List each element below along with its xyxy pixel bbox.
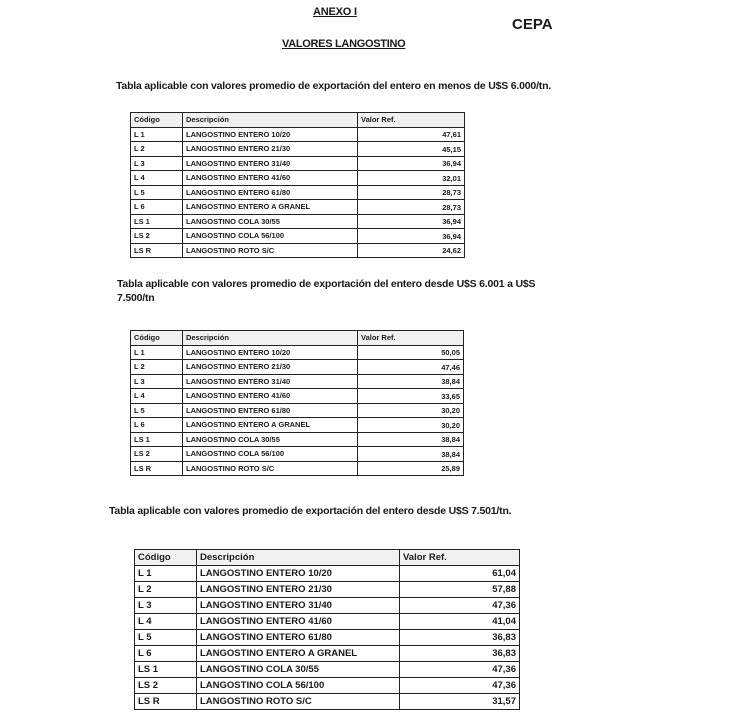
table-row: L 6LANGOSTINO ENTERO A GRANEL30,20 bbox=[131, 418, 464, 433]
cell-description: LANGOSTINO ENTERO 21/30 bbox=[183, 142, 358, 157]
table-header-row: CódigoDescripciónValor Ref. bbox=[131, 331, 464, 346]
document-subtitle: VALORES LANGOSTINO bbox=[282, 38, 405, 50]
table-row: LS 2LANGOSTINO COLA 56/10038,84 bbox=[131, 447, 464, 462]
cell-code: L 5 bbox=[131, 403, 183, 418]
table-row: LS 1LANGOSTINO COLA 30/5547,36 bbox=[135, 662, 520, 678]
values-table-1: CódigoDescripciónValor Ref.L 1LANGOSTINO… bbox=[130, 112, 465, 258]
cell-value: 47,36 bbox=[400, 662, 520, 678]
cell-description: LANGOSTINO ENTERO 21/30 bbox=[183, 360, 358, 375]
cell-description: LANGOSTINO ENTERO 61/80 bbox=[197, 630, 400, 646]
cell-value: 33,65 bbox=[358, 389, 464, 404]
cell-value: 47,46 bbox=[358, 360, 464, 375]
cell-description: LANGOSTINO ENTERO A GRANEL bbox=[197, 646, 400, 662]
cell-description: LANGOSTINO ENTERO 41/60 bbox=[183, 389, 358, 404]
table-caption-1: Tabla aplicable con valores promedio de … bbox=[116, 79, 551, 93]
annex-title: ANEXO I bbox=[313, 6, 357, 18]
header-code: Código bbox=[131, 113, 183, 128]
cell-code: L 6 bbox=[131, 200, 183, 215]
cell-code: LS 2 bbox=[135, 678, 197, 694]
cell-code: L 2 bbox=[131, 360, 183, 375]
table-row: L 5LANGOSTINO ENTERO 61/8030,20 bbox=[131, 403, 464, 418]
table-row: L 3LANGOSTINO ENTERO 31/4036,94 bbox=[131, 156, 465, 171]
cell-value: 57,88 bbox=[400, 582, 520, 598]
cell-value: 30,20 bbox=[358, 418, 464, 433]
cell-value: 28,73 bbox=[358, 200, 465, 215]
cell-value: 36,94 bbox=[358, 214, 465, 229]
cell-code: LS 1 bbox=[131, 432, 183, 447]
cell-value: 38,84 bbox=[358, 374, 464, 389]
header-value: Valor Ref. bbox=[400, 550, 520, 566]
cell-value: 47,36 bbox=[400, 598, 520, 614]
cell-value: 30,20 bbox=[358, 403, 464, 418]
header-value: Valor Ref. bbox=[358, 113, 465, 128]
organization-label: CEPA bbox=[512, 16, 553, 33]
cell-description: LANGOSTINO ENTERO A GRANEL bbox=[183, 418, 358, 433]
cell-code: L 5 bbox=[131, 185, 183, 200]
values-table-2: CódigoDescripciónValor Ref.L 1LANGOSTINO… bbox=[130, 330, 464, 476]
header-description: Descripción bbox=[183, 113, 358, 128]
cell-description: LANGOSTINO ENTERO 41/60 bbox=[183, 171, 358, 186]
cell-value: 47,61 bbox=[358, 127, 465, 142]
cell-code: L 6 bbox=[131, 418, 183, 433]
table-row: L 2LANGOSTINO ENTERO 21/3047,46 bbox=[131, 360, 464, 375]
values-table-3: CódigoDescripciónValor Ref.L 1LANGOSTINO… bbox=[134, 549, 520, 710]
header-description: Descripción bbox=[183, 331, 358, 346]
cell-description: LANGOSTINO COLA 56/100 bbox=[183, 447, 358, 462]
cell-description: LANGOSTINO ENTERO A GRANEL bbox=[183, 200, 358, 215]
table-header-row: CódigoDescripciónValor Ref. bbox=[131, 113, 465, 128]
cell-value: 38,84 bbox=[358, 447, 464, 462]
table-row: L 1LANGOSTINO ENTERO 10/2061,04 bbox=[135, 566, 520, 582]
table-row: L 3LANGOSTINO ENTERO 31/4047,36 bbox=[135, 598, 520, 614]
cell-description: LANGOSTINO ROTO S/C bbox=[197, 694, 400, 710]
cell-value: 25,89 bbox=[358, 461, 464, 476]
cell-description: LANGOSTINO ENTERO 61/80 bbox=[183, 185, 358, 200]
table-row: L 2LANGOSTINO ENTERO 21/3045,15 bbox=[131, 142, 465, 157]
cell-description: LANGOSTINO COLA 56/100 bbox=[197, 678, 400, 694]
table-row: LS RLANGOSTINO ROTO S/C24,62 bbox=[131, 243, 465, 258]
cell-code: L 3 bbox=[131, 156, 183, 171]
table-row: L 1LANGOSTINO ENTERO 10/2050,05 bbox=[131, 345, 464, 360]
cell-description: LANGOSTINO ENTERO 41/60 bbox=[197, 614, 400, 630]
cell-code: LS 2 bbox=[131, 447, 183, 462]
table-row: L 6LANGOSTINO ENTERO A GRANEL36,83 bbox=[135, 646, 520, 662]
table-caption-2: Tabla aplicable con valores promedio de … bbox=[117, 277, 557, 305]
table-row: L 5LANGOSTINO ENTERO 61/8028,73 bbox=[131, 185, 465, 200]
cell-description: LANGOSTINO ROTO S/C bbox=[183, 461, 358, 476]
cell-description: LANGOSTINO COLA 30/55 bbox=[197, 662, 400, 678]
cell-code: LS R bbox=[131, 243, 183, 258]
table-caption-3: Tabla aplicable con valores promedio de … bbox=[109, 504, 511, 518]
table-row: L 2LANGOSTINO ENTERO 21/3057,88 bbox=[135, 582, 520, 598]
table-row: LS 1LANGOSTINO COLA 30/5536,94 bbox=[131, 214, 465, 229]
cell-value: 36,94 bbox=[358, 156, 465, 171]
cell-code: L 1 bbox=[135, 566, 197, 582]
table-header-row: CódigoDescripciónValor Ref. bbox=[135, 550, 520, 566]
cell-value: 36,83 bbox=[400, 630, 520, 646]
header-description: Descripción bbox=[197, 550, 400, 566]
table-row: L 5LANGOSTINO ENTERO 61/8036,83 bbox=[135, 630, 520, 646]
table-row: LS 2LANGOSTINO COLA 56/10036,94 bbox=[131, 229, 465, 244]
cell-code: LS R bbox=[135, 694, 197, 710]
header-code: Código bbox=[135, 550, 197, 566]
cell-value: 41,04 bbox=[400, 614, 520, 630]
cell-code: LS R bbox=[131, 461, 183, 476]
cell-description: LANGOSTINO COLA 30/55 bbox=[183, 432, 358, 447]
cell-value: 31,57 bbox=[400, 694, 520, 710]
table-row: LS RLANGOSTINO ROTO S/C25,89 bbox=[131, 461, 464, 476]
cell-value: 32,01 bbox=[358, 171, 465, 186]
cell-description: LANGOSTINO ENTERO 31/40 bbox=[197, 598, 400, 614]
cell-value: 28,73 bbox=[358, 185, 465, 200]
cell-code: L 3 bbox=[131, 374, 183, 389]
cell-value: 24,62 bbox=[358, 243, 465, 258]
cell-value: 61,04 bbox=[400, 566, 520, 582]
cell-description: LANGOSTINO COLA 56/100 bbox=[183, 229, 358, 244]
cell-code: LS 1 bbox=[131, 214, 183, 229]
table-row: LS RLANGOSTINO ROTO S/C31,57 bbox=[135, 694, 520, 710]
cell-code: L 4 bbox=[131, 389, 183, 404]
cell-code: L 6 bbox=[135, 646, 197, 662]
cell-code: L 4 bbox=[131, 171, 183, 186]
cell-code: L 1 bbox=[131, 345, 183, 360]
table-row: LS 2LANGOSTINO COLA 56/10047,36 bbox=[135, 678, 520, 694]
table-row: L 1LANGOSTINO ENTERO 10/2047,61 bbox=[131, 127, 465, 142]
cell-value: 45,15 bbox=[358, 142, 465, 157]
cell-code: LS 2 bbox=[131, 229, 183, 244]
table-row: L 3LANGOSTINO ENTERO 31/4038,84 bbox=[131, 374, 464, 389]
cell-value: 36,94 bbox=[358, 229, 465, 244]
cell-description: LANGOSTINO ENTERO 31/40 bbox=[183, 156, 358, 171]
table-row: L 4LANGOSTINO ENTERO 41/6032,01 bbox=[131, 171, 465, 186]
cell-value: 38,84 bbox=[358, 432, 464, 447]
cell-value: 50,05 bbox=[358, 345, 464, 360]
table-row: L 4LANGOSTINO ENTERO 41/6041,04 bbox=[135, 614, 520, 630]
cell-code: L 1 bbox=[131, 127, 183, 142]
table-row: LS 1LANGOSTINO COLA 30/5538,84 bbox=[131, 432, 464, 447]
cell-code: L 3 bbox=[135, 598, 197, 614]
cell-value: 47,36 bbox=[400, 678, 520, 694]
cell-description: LANGOSTINO ENTERO 31/40 bbox=[183, 374, 358, 389]
cell-code: LS 1 bbox=[135, 662, 197, 678]
cell-description: LANGOSTINO ROTO S/C bbox=[183, 243, 358, 258]
cell-description: LANGOSTINO COLA 30/55 bbox=[183, 214, 358, 229]
header-value: Valor Ref. bbox=[358, 331, 464, 346]
cell-code: L 2 bbox=[135, 582, 197, 598]
header-code: Código bbox=[131, 331, 183, 346]
table-row: L 4LANGOSTINO ENTERO 41/6033,65 bbox=[131, 389, 464, 404]
cell-value: 36,83 bbox=[400, 646, 520, 662]
cell-description: LANGOSTINO ENTERO 21/30 bbox=[197, 582, 400, 598]
cell-description: LANGOSTINO ENTERO 61/80 bbox=[183, 403, 358, 418]
cell-code: L 2 bbox=[131, 142, 183, 157]
cell-description: LANGOSTINO ENTERO 10/20 bbox=[183, 345, 358, 360]
table-row: L 6LANGOSTINO ENTERO A GRANEL28,73 bbox=[131, 200, 465, 215]
cell-code: L 4 bbox=[135, 614, 197, 630]
cell-description: LANGOSTINO ENTERO 10/20 bbox=[197, 566, 400, 582]
cell-code: L 5 bbox=[135, 630, 197, 646]
cell-description: LANGOSTINO ENTERO 10/20 bbox=[183, 127, 358, 142]
